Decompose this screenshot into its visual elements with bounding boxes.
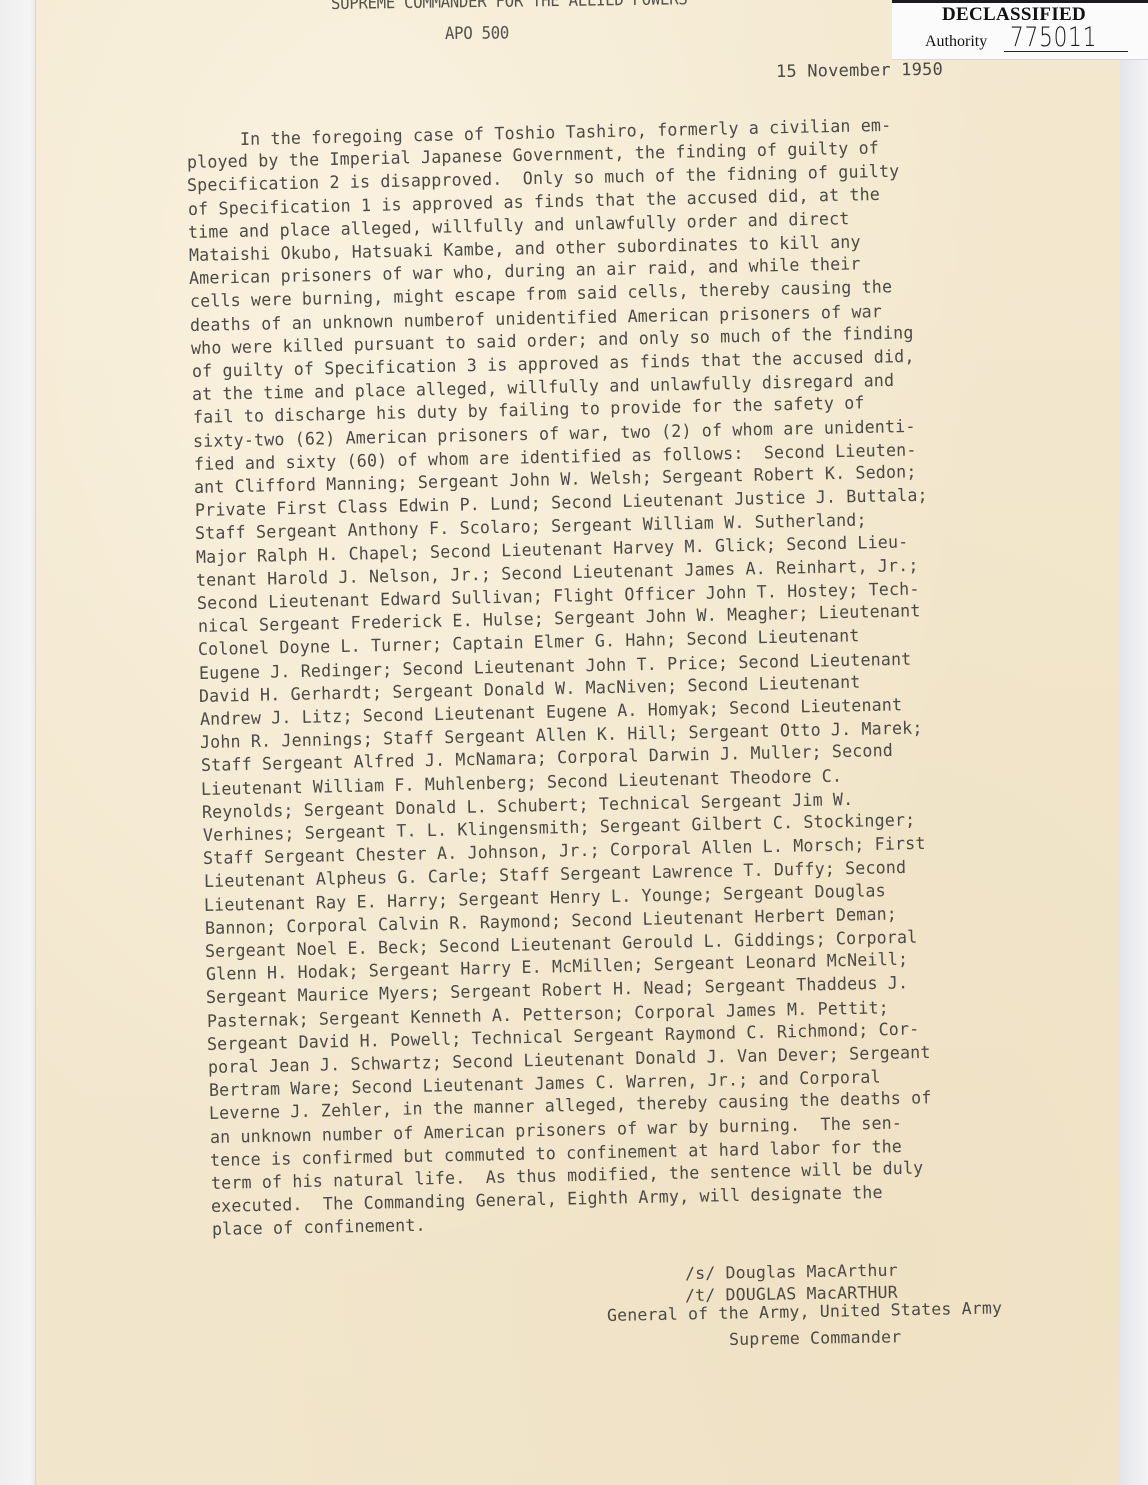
stamp-authority-label: Authority: [925, 33, 987, 51]
scan-margin: [1120, 0, 1148, 1485]
document-date: 15 November 1950: [776, 60, 943, 82]
scanned-document: SUPREME COMMANDER FOR THE ALLIED POWERS …: [0, 0, 1148, 1485]
declassified-stamp: DECLASSIFIED Authority 775011: [892, 0, 1148, 59]
stamp-authority-number: 775011: [1010, 22, 1097, 53]
signature-title: Supreme Commander: [729, 1327, 902, 1349]
signature-signed: /s/ Douglas MacArthur: [685, 1261, 898, 1283]
letterhead-address: APO 500: [445, 23, 509, 44]
